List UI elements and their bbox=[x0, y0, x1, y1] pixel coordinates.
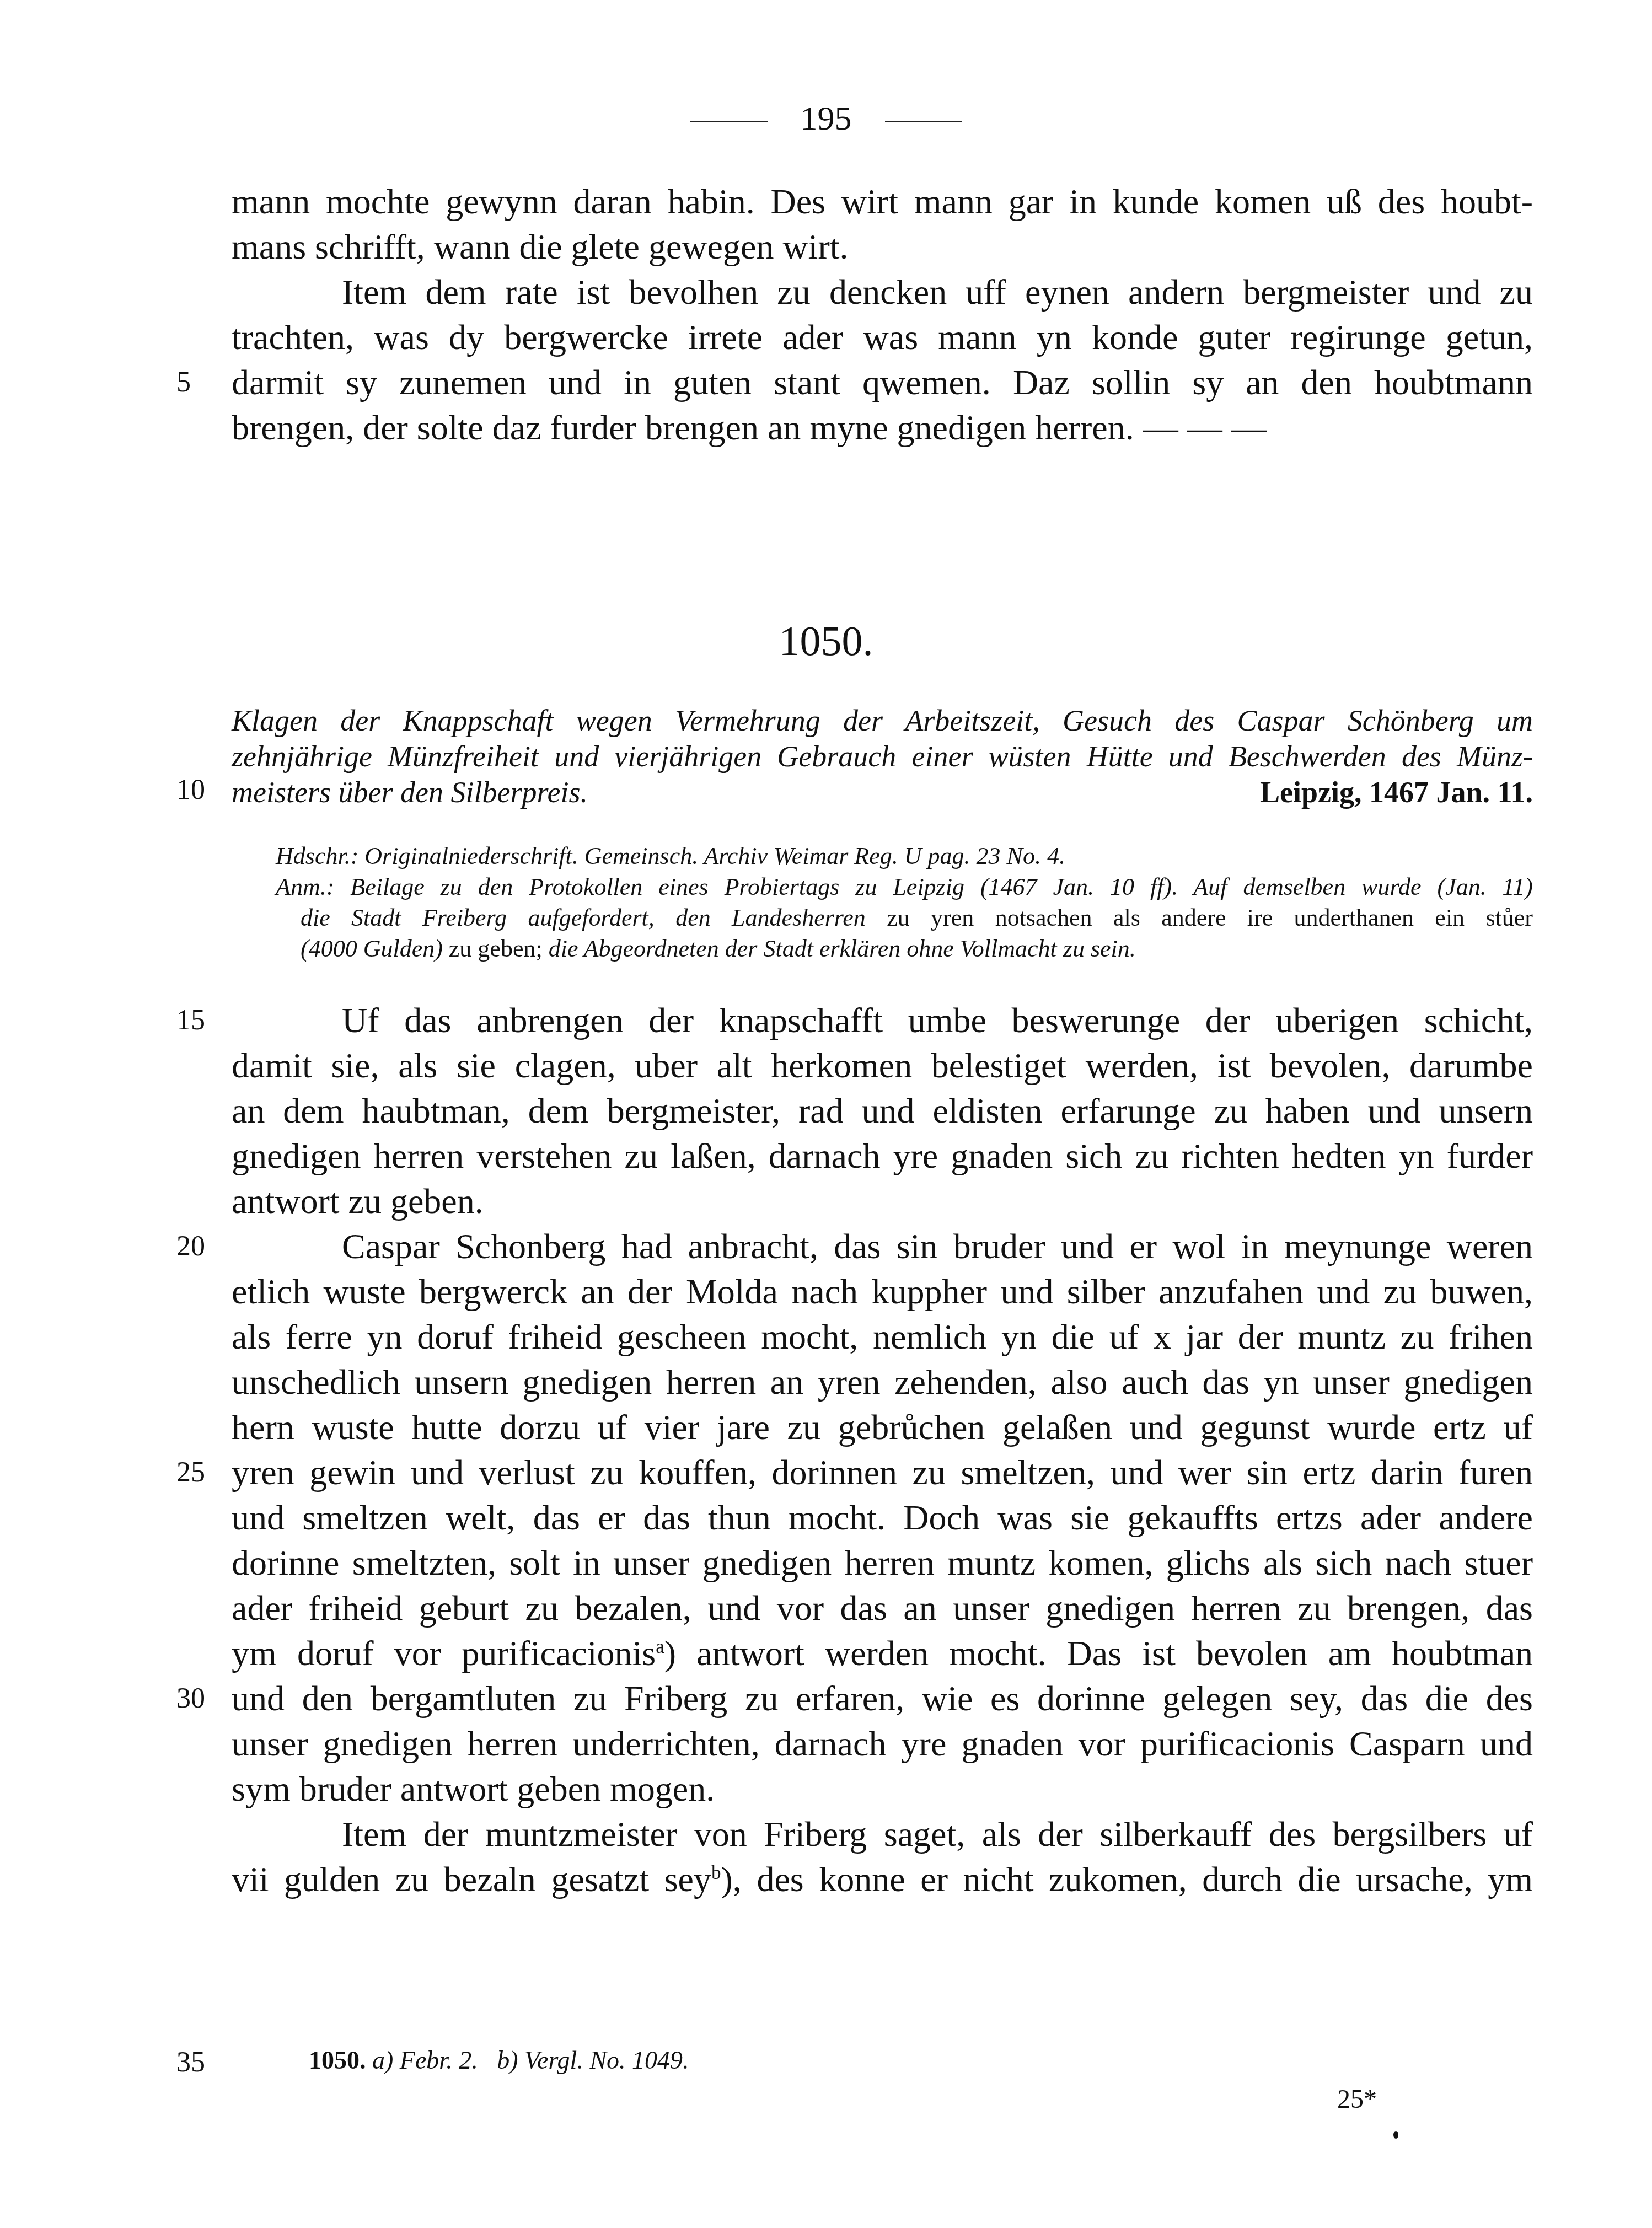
anm-line-2-roman: zu yren notsachen als andere ire underth… bbox=[887, 904, 1533, 931]
continuation-line: mann mochte gewynn daran habin. Des wirt… bbox=[232, 179, 1533, 224]
source-annotation-cont: die Stadt Freiberg aufgefordert, den Lan… bbox=[301, 903, 1533, 933]
body-line: damit sie, als sie clagen, uber alt herk… bbox=[232, 1043, 1533, 1088]
signature-mark: 25* bbox=[1337, 2084, 1377, 2114]
body-line: etlich wuste bergwerck an der Molda nach… bbox=[232, 1269, 1533, 1314]
line-number: 25 bbox=[176, 1450, 205, 1495]
body-text: , des konne er nicht zukomen, durch die … bbox=[733, 1860, 1533, 1899]
body-line: hern wuste hutte dorzu uf vier jare zu g… bbox=[232, 1405, 1533, 1450]
body-line: Item der muntzmeister von Friberg saget,… bbox=[232, 1812, 1533, 1857]
body-line: vii gulden zu bezaln gesatzt seyb), des … bbox=[232, 1857, 1533, 1902]
line-number: 15 bbox=[176, 998, 205, 1043]
body-line: yren gewin und verlust zu kouffen, dorin… bbox=[232, 1450, 1533, 1495]
source-annotation: Anm.: Beilage zu den Protokollen eines P… bbox=[276, 872, 1533, 903]
body-line: und smeltzen welt, das er das thun mocht… bbox=[232, 1495, 1533, 1540]
footnote-a-text: Febr. 2. bbox=[400, 2046, 478, 2074]
footnote-ref-a[interactable]: a bbox=[656, 1636, 664, 1657]
body-line: an dem haubtman, dem bergmeister, rad un… bbox=[232, 1088, 1533, 1134]
ink-speck bbox=[1393, 2131, 1398, 2139]
line-number: 35 bbox=[176, 2040, 205, 2085]
line-number: 20 bbox=[176, 1224, 205, 1269]
anm-line-3-italic-a: (4000 Gulden) bbox=[301, 935, 443, 962]
anm-line-3-italic-b: die Abgeordneten der Stadt erklären ohne… bbox=[549, 935, 1136, 962]
body-line: antwort zu geben. bbox=[232, 1179, 1533, 1224]
body-text: ) antwort werden mocht. bbox=[664, 1634, 1047, 1673]
document-number: 1050. bbox=[0, 618, 1652, 665]
body-line: Uf das anbrengen der knapschafft umbe be… bbox=[232, 998, 1533, 1043]
regest-line: Klagen der Knappschaft wegen Vermehrung … bbox=[232, 703, 1533, 739]
body-line: unschedlich unsern gnedigen herren an yr… bbox=[232, 1360, 1533, 1405]
body-line: unser gnedigen herren underrichten, darn… bbox=[232, 1721, 1533, 1767]
body-line: ym doruf vor purificacionisa) antwort we… bbox=[232, 1631, 1533, 1676]
continuation-line: Item dem rate ist bevolhen zu dencken uf… bbox=[232, 270, 1533, 315]
body-line: und den bergamtluten zu Friberg zu erfar… bbox=[232, 1676, 1533, 1721]
line-number: 30 bbox=[176, 1676, 205, 1721]
hdschr-text: Originalniederschrift. Gemeinsch. Archiv… bbox=[364, 842, 1065, 869]
body-text: ) bbox=[721, 1860, 733, 1899]
source-annotation-cont: (4000 Gulden) zu geben; die Abgeordneten… bbox=[301, 933, 1136, 964]
footnotes: 1050. a) Febr. 2. b) Vergl. No. 1049. bbox=[309, 2046, 689, 2075]
body-text: ym doruf vor purificacionis bbox=[232, 1634, 656, 1673]
regest-line: zehnjährige Münzfreiheit und vierjährige… bbox=[232, 739, 1533, 775]
body-line: gnedigen herren verstehen zu laßen, darn… bbox=[232, 1134, 1533, 1179]
footnote-a-label: a) bbox=[372, 2046, 393, 2074]
footnote-doc-ref: 1050. bbox=[309, 2046, 366, 2074]
continuation-line: mans schrifft, wann die glete gewegen wi… bbox=[232, 224, 1533, 270]
body-text: Das ist bevolen am houbtman bbox=[1067, 1634, 1533, 1673]
page-number: 195 bbox=[801, 100, 852, 137]
page-header: 195 bbox=[0, 99, 1652, 138]
anm-line-1: Beilage zu den Protokollen eines Probier… bbox=[350, 873, 1533, 900]
anm-line-3-roman: zu geben; bbox=[449, 935, 543, 962]
header-rule-right bbox=[885, 121, 962, 122]
body-line: ader friheid geburt zu bezalen, und vor … bbox=[232, 1586, 1533, 1631]
place-date: Leipzig, 1467 Jan. 11. bbox=[1260, 775, 1533, 810]
line-number: 5 bbox=[176, 360, 191, 405]
body-text: vii gulden zu bezaln gesatzt sey bbox=[232, 1860, 711, 1899]
hdschr-label: Hdschr.: bbox=[276, 842, 358, 869]
continuation-line: darmit sy zunemen und in guten stant qwe… bbox=[232, 360, 1533, 405]
footnote-ref-b[interactable]: b bbox=[711, 1862, 721, 1883]
body-line: sym bruder antwort geben mogen. bbox=[232, 1767, 1533, 1812]
body-line: Caspar Schonberg had anbracht, das sin b… bbox=[232, 1224, 1533, 1269]
body-line: als ferre yn doruf friheid gescheen moch… bbox=[232, 1314, 1533, 1360]
regest-line: meisters über den Silberpreis. bbox=[232, 775, 893, 810]
header-rule-left bbox=[690, 121, 768, 122]
source-manuscript: Hdschr.: Originalniederschrift. Gemeinsc… bbox=[276, 841, 1065, 872]
footnote-b-label: b) bbox=[497, 2046, 518, 2074]
anm-label: Anm.: bbox=[276, 873, 334, 900]
anm-line-2-italic: die Stadt Freiberg aufgefordert, den Lan… bbox=[301, 904, 866, 931]
body-line: dorinne smeltzten, solt in unser gnedige… bbox=[232, 1540, 1533, 1586]
continuation-line: brengen, der solte daz furder brengen an… bbox=[232, 405, 1533, 450]
continuation-line: trachten, was dy bergwercke irrete ader … bbox=[232, 315, 1533, 360]
line-number: 10 bbox=[176, 772, 205, 808]
footnote-b-text: Vergl. No. 1049. bbox=[524, 2046, 689, 2074]
